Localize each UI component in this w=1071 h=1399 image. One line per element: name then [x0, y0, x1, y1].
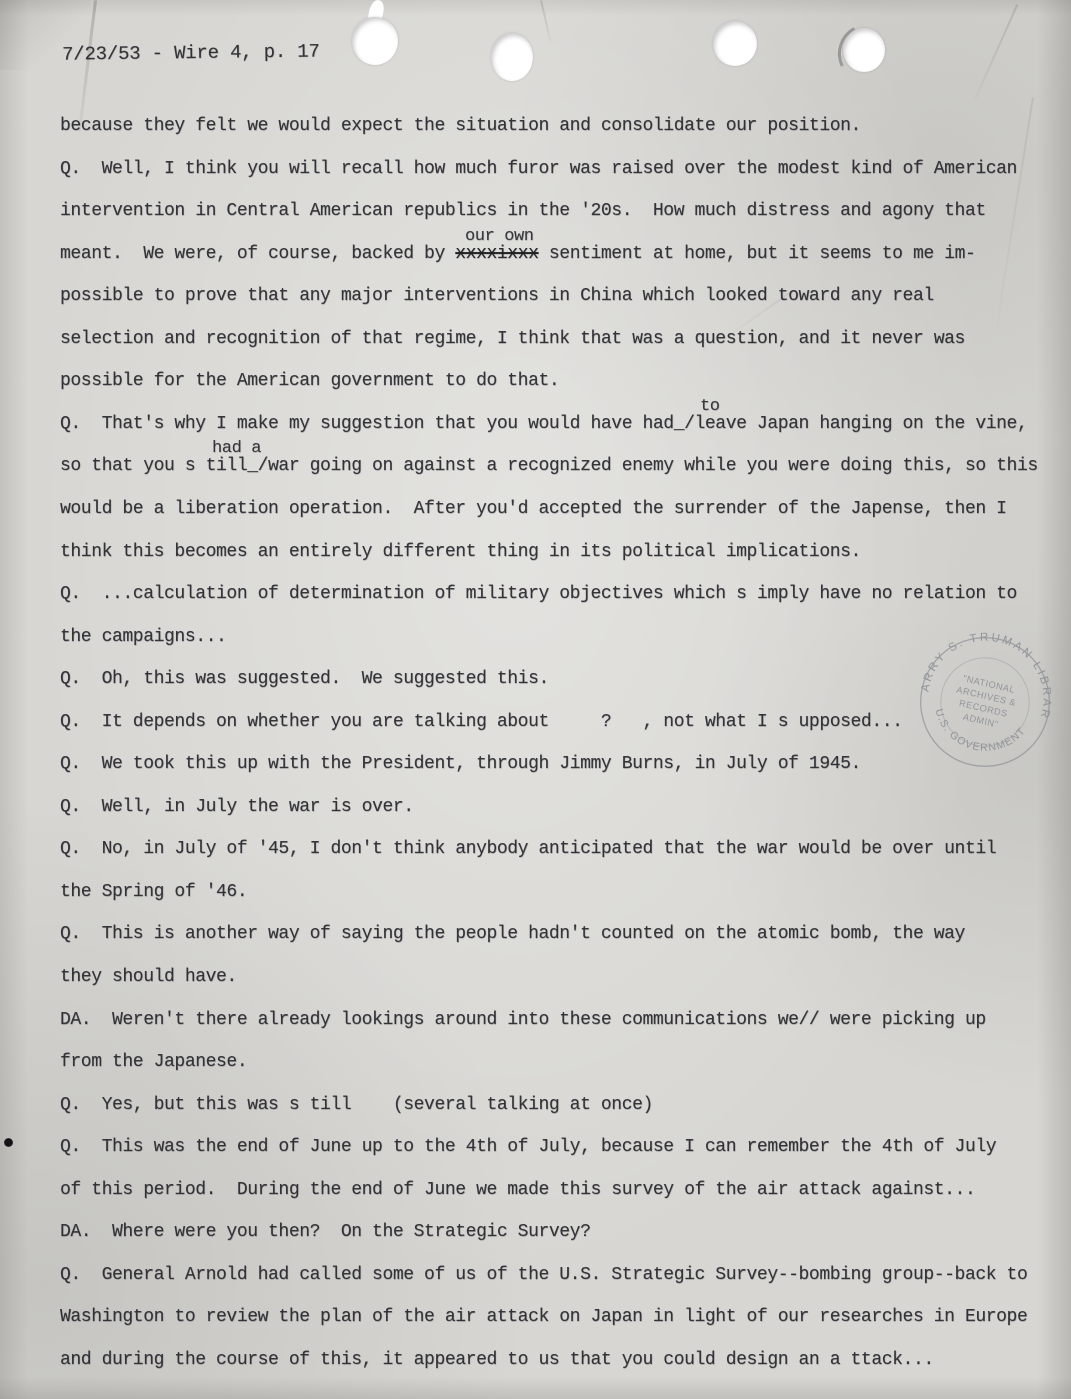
text-line: because they felt we would expect the si…	[60, 117, 861, 135]
archive-stamp: HARRY S. TRUMAN LIBRARY U.S. GOVERNMENT …	[913, 630, 1057, 774]
typewritten-text: because they felt we would expect the si…	[0, 0, 1071, 1399]
text-line: so that you s till_/war going on against…	[60, 457, 1038, 475]
text-line: and during the course of this, it appear…	[60, 1351, 934, 1369]
text-line: the campaigns...	[60, 628, 226, 646]
text-line: meant. We were, of course, backed by xxx…	[60, 245, 975, 263]
text-line: DA. Where were you then? On the Strategi…	[60, 1223, 591, 1241]
text-line: Q. Well, I think you will recall how muc…	[60, 160, 1017, 178]
text-line: intervention in Central American republi…	[60, 202, 986, 220]
scanned-document-page: 7/23/53 - Wire 4, p. 17 because they fel…	[0, 0, 1071, 1399]
text-line: Q. We took this up with the President, t…	[60, 755, 861, 773]
text-line: Q. No, in July of '45, I don't think any…	[60, 840, 996, 858]
text-line: Q. Yes, but this was s till (several tal…	[60, 1096, 653, 1114]
text-line: Q. This was the end of June up to the 4t…	[60, 1138, 996, 1156]
text-line: think this becomes an entirely different…	[60, 543, 861, 561]
interlinear-insert: our own	[465, 228, 534, 245]
text-line: Q. ...calculation of determination of mi…	[60, 585, 1017, 603]
text-line: Q. This is another way of saying the peo…	[60, 925, 965, 943]
text-line: of this period. During the end of June w…	[60, 1181, 975, 1199]
text-line: selection and recognition of that regime…	[60, 330, 965, 348]
text-line: would be a liberation operation. After y…	[60, 500, 1007, 518]
interlinear-insert: had a	[212, 440, 261, 457]
text-line: Q. Oh, this was suggested. We suggested …	[60, 670, 549, 688]
text-line: possible for the American government to …	[60, 372, 559, 390]
text-line: the Spring of '46.	[60, 883, 247, 901]
text-line: Q. It depends on whether you are talking…	[60, 713, 903, 731]
text-line: Q. Well, in July the war is over.	[60, 798, 414, 816]
text-line: from the Japanese.	[60, 1053, 247, 1071]
interlinear-insert: to	[700, 398, 720, 415]
text-line: Q. That's why I make my suggestion that …	[60, 415, 1027, 433]
text-line: they should have.	[60, 968, 237, 986]
text-line: DA. Weren't there already lookings aroun…	[60, 1011, 986, 1029]
text-line: Q. General Arnold had called some of us …	[60, 1266, 1027, 1284]
text-line: Washington to review the plan of the air…	[60, 1308, 1027, 1326]
text-line: possible to prove that any major interve…	[60, 287, 934, 305]
ink-dot	[4, 1138, 13, 1147]
